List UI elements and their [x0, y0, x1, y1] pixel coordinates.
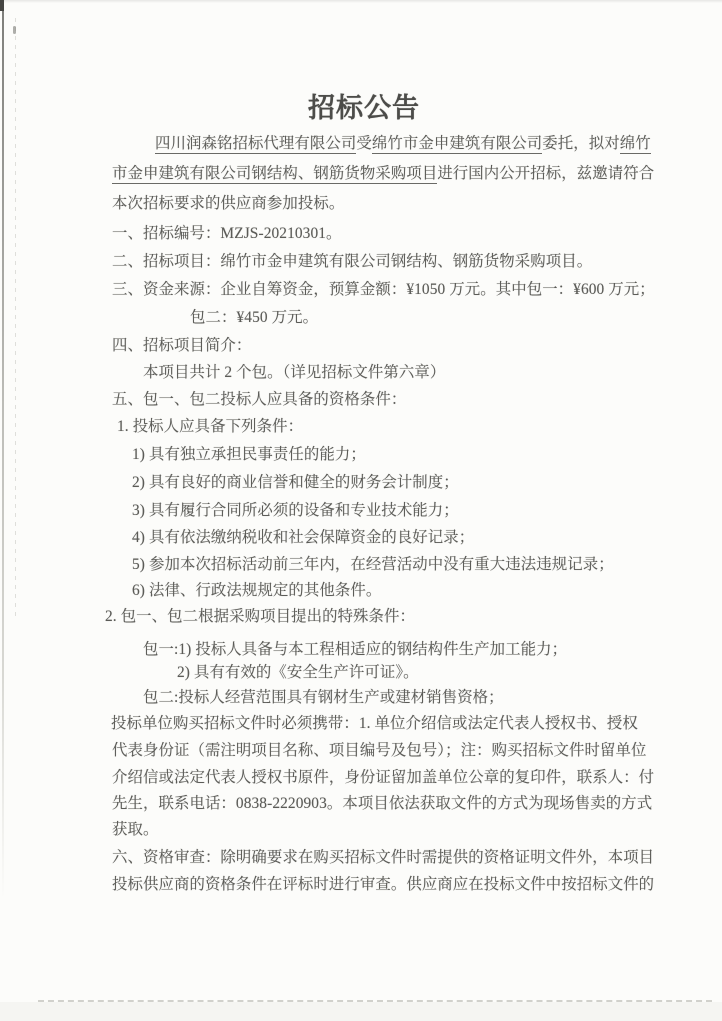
doc-line-condition-6: 6) 法律、行政法规规定的其他条件。 — [132, 578, 381, 600]
intro-text: 委托，拟对 — [542, 135, 619, 152]
doc-line-condition-5: 5) 参加本次招标活动前三年内，在经营活动中没有重大违法违规记录； — [132, 552, 614, 574]
scan-left-edge-artifact — [2, 0, 4, 900]
project-name-end: 市金申建筑有限公司钢结构、钢筋货物采购项目 — [112, 165, 437, 184]
doc-line-package-one-condition-2: 2) 具有有效的《安全生产许可证》。 — [177, 660, 419, 682]
doc-line-bidder-conditions-heading: 1. 投标人应具备下列条件： — [117, 414, 303, 436]
doc-line-project-brief-heading: 四、招标项目简介： — [112, 333, 251, 355]
doc-line-purchase-para-1: 投标单位购买招标文件时必须携带：1. 单位介绍信或法定代表人授权书、授权 — [111, 711, 638, 733]
doc-line-special-conditions-heading: 2. 包一、包二根据采购项目提出的特殊条件： — [105, 604, 415, 626]
intro-line-3: 本次招标要求的供应商参加投标。 — [112, 191, 344, 213]
scan-corner-mark-artifact — [0, 0, 4, 11]
intro-line-2: 市金申建筑有限公司钢结构、钢筋货物采购项目进行国内公开招标，兹邀请符合 — [112, 161, 654, 183]
doc-line-package-count: 本项目共计 2 个包。（详见招标文件第六章） — [143, 360, 445, 382]
doc-line-condition-4: 4) 具有依法缴纳税收和社会保障资金的良好记录； — [132, 525, 474, 547]
doc-line-funding-source: 三、资金来源：企业自筹资金，预算金额：¥1050 万元。其中包一：¥600 万元… — [112, 277, 655, 299]
project-name-start: 绵竹 — [620, 135, 651, 154]
intro-line-1: 四川润森铭招标代理有限公司受绵竹市金申建筑有限公司委托，拟对绵竹 — [155, 131, 651, 153]
intro-text: 进行国内公开招标，兹邀请符合 — [437, 165, 654, 182]
doc-line-purchase-para-5: 获取。 — [112, 817, 158, 839]
paper-crease-artifact — [15, 18, 16, 618]
doc-line-purchase-para-4: 先生，联系电话：0838-2220903。本项目依法获取文件的方式为现场售卖的方… — [112, 791, 652, 813]
doc-line-purchase-para-3: 介绍信或法定代表人授权书原件，身份证留加盖单位公章的复印件，联系人：付 — [112, 765, 654, 787]
paper-speck-artifact — [13, 26, 16, 34]
doc-line-package-two-budget: 包二：¥450 万元。 — [190, 305, 318, 327]
doc-line-tender-number: 一、招标编号：MZJS-20210301。 — [112, 221, 342, 243]
doc-line-package-two-condition: 包二:投标人经营范围具有钢材生产或建材销售资格； — [143, 685, 504, 707]
doc-line-condition-1: 1) 具有独立承担民事责任的能力； — [132, 442, 366, 464]
doc-line-package-one-condition-1: 包一:1) 投标人具备与本工程相适应的钢结构件生产加工能力； — [143, 637, 567, 659]
doc-line-tender-project: 二、招标项目：绵竹市金申建筑有限公司钢结构、钢筋货物采购项目。 — [112, 249, 592, 271]
scan-below-page-area — [0, 1002, 722, 1021]
agency-company-name: 四川润森铭招标代理有限公司 — [155, 135, 356, 154]
doc-line-purchase-para-2: 代表身份证（需注明项目名称、项目编号及包号）；注：购买招标文件时留单位 — [112, 738, 646, 760]
doc-line-condition-2: 2) 具有良好的商业信誉和健全的财务会计制度； — [132, 470, 459, 492]
scan-top-edge-artifact — [0, 0, 722, 3]
doc-line-qualification-review-2: 投标供应商的资格条件在评标时进行审查。供应商应在投标文件中按招标文件的 — [112, 872, 654, 894]
client-company-name: 绵竹市金申建筑有限公司 — [372, 135, 542, 154]
doc-line-condition-3: 3) 具有履行合同所必须的设备和专业技术能力； — [132, 498, 459, 520]
doc-line-qualification-review-1: 六、资格审查：除明确要求在购买招标文件时需提供的资格证明文件外，本项目 — [112, 845, 654, 867]
intro-text: 受 — [356, 135, 372, 152]
document-title: 招标公告 — [308, 86, 420, 125]
scanned-document-page: 招标公告 四川润森铭招标代理有限公司受绵竹市金申建筑有限公司委托，拟对绵竹 市金… — [0, 0, 722, 1021]
doc-line-qualification-heading: 五、包一、包二投标人应具备的资格条件： — [112, 387, 406, 409]
